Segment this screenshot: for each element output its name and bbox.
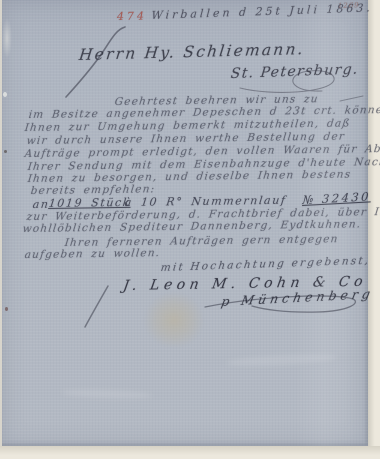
edge-speck xyxy=(5,307,8,311)
consignment-rate: à 10 R° Nummernlauf xyxy=(124,194,287,209)
body-line: Ihrer Sendung mit dem Eisenbahnzuge d'he… xyxy=(27,156,380,173)
body-line: Ihnen zur Umgehung bemerkt mitzutheilen,… xyxy=(24,117,351,134)
body-line: im Besitze angenehmer Depeschen d 23t cr… xyxy=(28,104,380,121)
body-line: wir durch unsere Ihnen werthe Bestellung… xyxy=(26,131,346,147)
scan-margin-right xyxy=(368,0,380,459)
paper-crease xyxy=(62,388,152,399)
body-line: aufgeben zu wollen. xyxy=(24,247,161,261)
closing-line: mit Hochachtung ergebenst, xyxy=(160,255,371,274)
letter-paper: 1269 474 Wirballen d 25t Juli 1863. Herr… xyxy=(2,0,368,446)
edge-speck xyxy=(3,92,7,97)
body-line: bereits empfehlen: xyxy=(30,183,156,197)
letter-scan: 1269 474 Wirballen d 25t Juli 1863. Herr… xyxy=(0,0,380,459)
body-line: Ihnen zu besorgen, und dieselbe Ihnen be… xyxy=(27,168,352,185)
edge-speck xyxy=(4,150,7,153)
body-line: Ihren ferneren Aufträgen gern entgegen xyxy=(64,233,339,249)
archive-number-red: 474 xyxy=(117,9,147,23)
body-line: zur Weiterbeförderung, d. Frachtbrief da… xyxy=(26,206,380,223)
recipient-line: Herrn Hy. Schliemann. xyxy=(78,40,306,64)
body-line: Geehrtest beehren wir uns zu xyxy=(114,93,319,108)
edge-smudge xyxy=(2,18,12,58)
consignment-prefix: an xyxy=(32,198,50,211)
consignment-quantity: 1019 Stück xyxy=(48,196,132,210)
city-line: St. Petersburg. xyxy=(230,61,360,82)
body-line: wohllöblichen Spediteur Dannenberg, Eydt… xyxy=(22,218,362,235)
paper-crease xyxy=(227,352,337,368)
paper-stain xyxy=(144,292,204,348)
corner-number: 1269 xyxy=(338,1,360,10)
signature-line: J. Leon M. Cohn & Co xyxy=(122,274,368,294)
dateline: Wirballen d 25t Juli 1863. xyxy=(151,1,373,22)
countersignature-line: p Münchenberg xyxy=(220,286,376,309)
scan-margin-bottom xyxy=(0,446,380,459)
body-line: Aufträge prompt erledigt, den vollen Waa… xyxy=(24,143,380,160)
consignment-number: № 32430 xyxy=(302,189,372,207)
